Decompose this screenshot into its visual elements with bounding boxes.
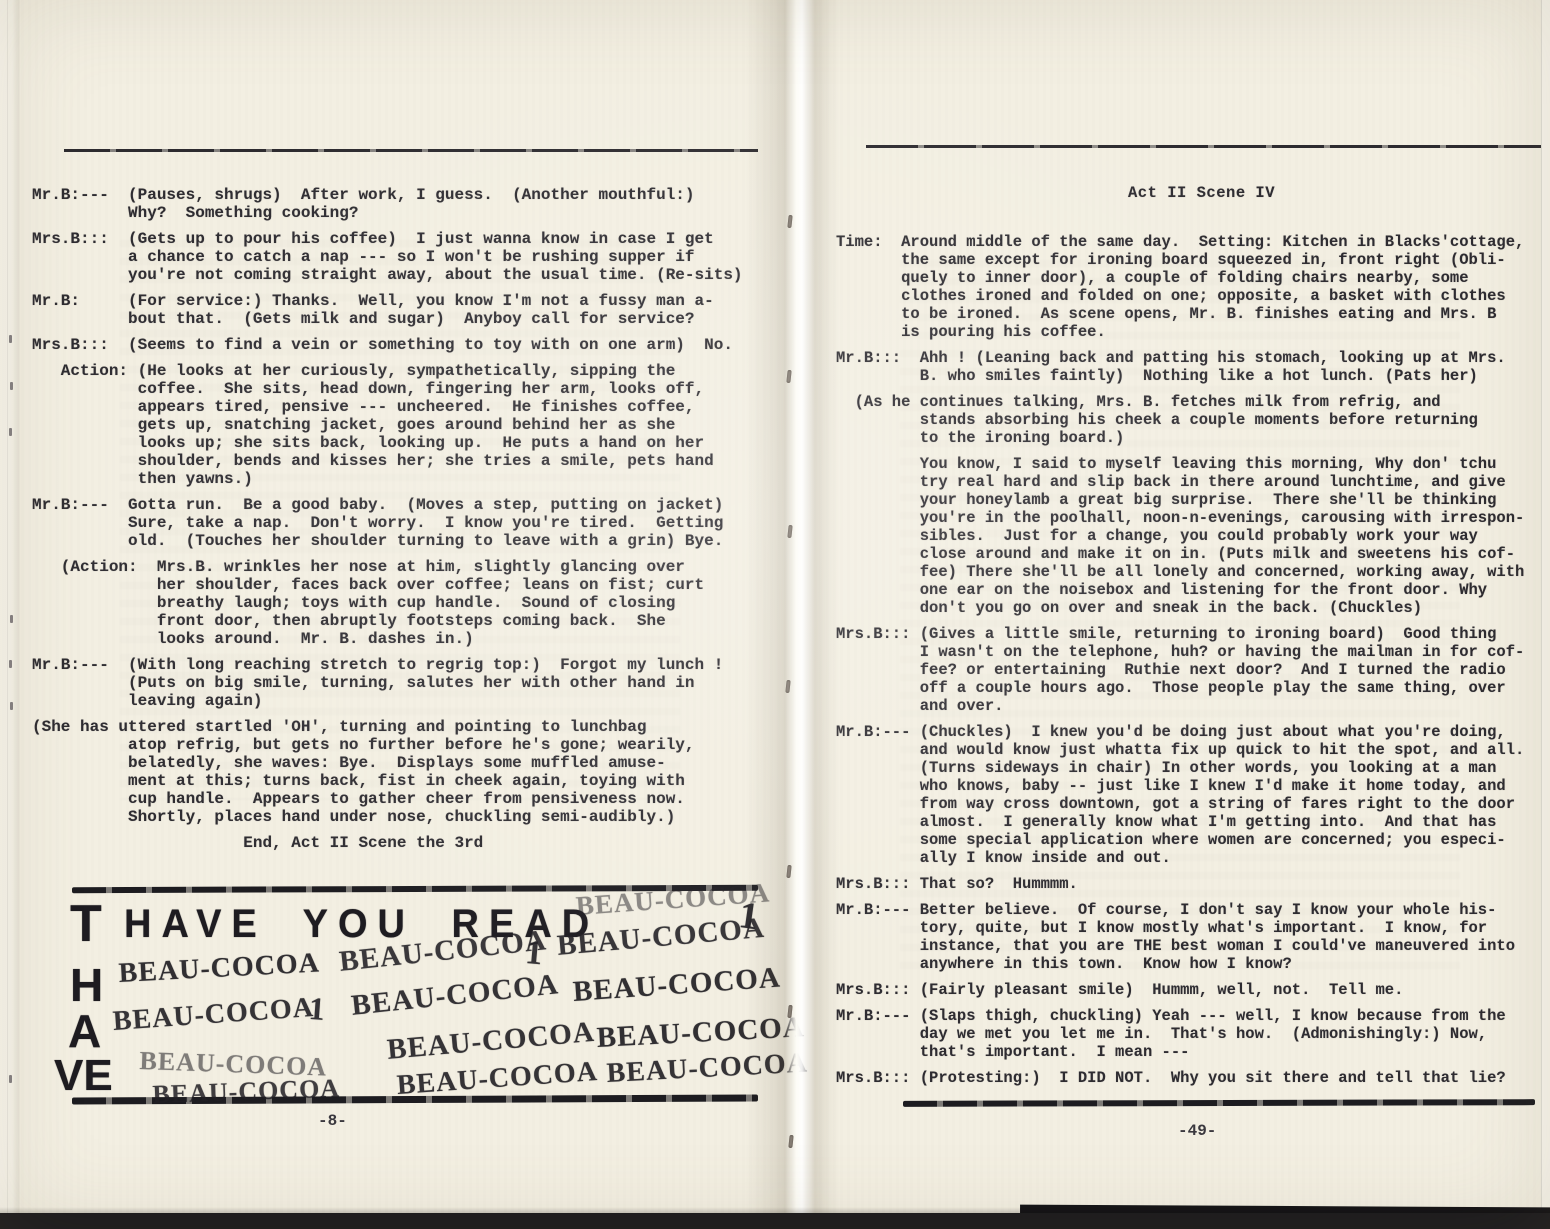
script-line: fee) There she'll be all lonely and conc…	[836, 563, 1546, 581]
script-line: Mr.B:--- (With long reaching stretch to …	[32, 656, 764, 674]
script-line: (Action: Mrs.B. wrinkles her nose at him…	[32, 558, 764, 576]
book-spread-photo: Mr.B:--- (Pauses, shrugs) After work, I …	[0, 0, 1550, 1229]
script-line: off a couple hours ago. Those people pla…	[836, 679, 1546, 697]
script-line: Mr.B:--- (Slaps thigh, chuckling) Yeah -…	[836, 1007, 1546, 1025]
script-line: front door, then abruptly footsteps comi…	[32, 612, 764, 630]
script-line: don't you go on over and sneak in the ba…	[836, 599, 1546, 617]
script-line: a chance to catch a nap --- so I won't b…	[32, 248, 764, 266]
script-line: Mr.B::: Ahh ! (Leaning back and patting …	[836, 349, 1546, 367]
script-line: instance, that you are THE best woman I …	[836, 937, 1546, 955]
paragraph: Mrs.B::: (Protesting:) I DID NOT. Why yo…	[836, 1069, 1546, 1087]
left-page-edge-line	[7, 0, 8, 1229]
script-line: then yawns.)	[32, 470, 764, 488]
script-line: some special application where women are…	[836, 831, 1546, 849]
beau-cocoa-stamp: BEAU-COCOA	[118, 949, 321, 987]
script-line: and would know just whatta fix up quick …	[836, 741, 1546, 759]
script-line: Mr.B:--- Better believe. Of course, I do…	[836, 901, 1546, 919]
script-line: to be ironed. As scene opens, Mr. B. fin…	[836, 305, 1546, 323]
script-line: stands absorbing his cheek a couple mome…	[836, 411, 1546, 429]
paragraph: Mr.B:--- (With long reaching stretch to …	[32, 656, 764, 710]
paragraph: (Action: Mrs.B. wrinkles her nose at him…	[32, 558, 764, 648]
script-line: you're not coming straight away, about t…	[32, 266, 764, 284]
script-line: (Puts on big smile, turning, salutes her…	[32, 674, 764, 692]
script-line: (As he continues talking, Mrs. B. fetche…	[836, 393, 1546, 411]
script-line: one ear on the noisebox and listening fo…	[836, 581, 1546, 599]
script-line: Sure, take a nap. Don't worry. I know yo…	[32, 514, 764, 532]
paragraph: Mr.B:--- (Chuckles) I knew you'd be doin…	[836, 723, 1546, 867]
beau-cocoa-stamp: BEAU-COCOA	[112, 994, 315, 1036]
table-surface	[0, 1213, 1550, 1229]
script-line: shoulder, bends and kisses her; she trie…	[32, 452, 764, 470]
script-line: Mrs.B::: (Seems to find a vein or someth…	[32, 336, 764, 354]
paragraph: Mr.B:--- Gotta run. Be a good baby. (Mov…	[32, 496, 764, 550]
script-line: (She has uttered startled 'OH', turning …	[32, 718, 764, 736]
script-line: (Turns sideways in chair) In other words…	[836, 759, 1546, 777]
edge-ink-mark	[10, 615, 13, 623]
paragraph: Mrs.B::: That so? Hummmm.	[836, 875, 1546, 893]
paragraph: Mrs.B::: (Gets up to pour his coffee) I …	[32, 230, 764, 284]
script-line: looks up; she sits back, looking up. He …	[32, 434, 764, 452]
left-page-script-text: Mr.B:--- (Pauses, shrugs) After work, I …	[32, 186, 764, 860]
script-line: Time: Around middle of the same day. Set…	[836, 233, 1546, 251]
paragraph: Mr.B: (For service:) Thanks. Well, you k…	[32, 292, 764, 328]
script-line: is pouring his coffee.	[836, 323, 1546, 341]
script-line: bout that. (Gets milk and sugar) Anyboy …	[32, 310, 764, 328]
script-line: leaving again)	[32, 692, 764, 710]
edge-ink-mark	[10, 382, 13, 390]
script-line: and over.	[836, 697, 1546, 715]
paragraph: (She has uttered startled 'OH', turning …	[32, 718, 764, 826]
script-line: almost. I generally know what I'm gettin…	[836, 813, 1546, 831]
script-line: Mr.B:--- Gotta run. Be a good baby. (Mov…	[32, 496, 764, 514]
script-line: Shortly, places hand under nose, chuckli…	[32, 808, 764, 826]
script-line: You know, I said to myself leaving this …	[836, 455, 1546, 473]
edge-ink-mark	[9, 335, 12, 343]
script-line: Mr.B: (For service:) Thanks. Well, you k…	[32, 292, 764, 310]
right-page-edge	[1541, 0, 1550, 1229]
paragraph: (As he continues talking, Mrs. B. fetche…	[836, 393, 1546, 447]
script-line: I wasn't on the telephone, huh? or havin…	[836, 643, 1546, 661]
script-line: fee? or entertaining Ruthie next door? A…	[836, 661, 1546, 679]
script-line: Mrs.B::: That so? Hummmm.	[836, 875, 1546, 893]
right-page-footer-rule	[903, 1099, 1535, 1107]
advert-letter-h: H	[70, 962, 103, 1008]
paragraph: You know, I said to myself leaving this …	[836, 455, 1546, 617]
script-line: Why? Something cooking?	[32, 204, 764, 222]
paragraph: Mr.B:--- Better believe. Of course, I do…	[836, 901, 1546, 973]
script-line: Mr.B:--- (Chuckles) I knew you'd be doin…	[836, 723, 1546, 741]
script-line: appears tired, pensive --- uncheered. He…	[32, 398, 764, 416]
script-line: clothes ironed and folded on one; opposi…	[836, 287, 1546, 305]
paragraph: Time: Around middle of the same day. Set…	[836, 233, 1546, 341]
edge-ink-mark	[9, 660, 12, 668]
binding-gutter	[745, 0, 840, 1229]
scene-heading: Act II Scene IV	[1128, 184, 1275, 202]
script-line: Action: (He looks at her curiously, symp…	[32, 362, 764, 380]
script-line: breathy laugh; toys with cup handle. Sou…	[32, 594, 764, 612]
script-line: try real hard and slip back in there aro…	[836, 473, 1546, 491]
script-line: gets up, snatching jacket, goes around b…	[32, 416, 764, 434]
script-line: day we met you let me in. That's how. (A…	[836, 1025, 1546, 1043]
script-line: quely to inner door), a couple of foldin…	[836, 269, 1546, 287]
script-line: Mrs.B::: (Gets up to pour his coffee) I …	[32, 230, 764, 248]
script-line: ment at this; turns back, fist in cheek …	[32, 772, 764, 790]
script-line: from way cross downtown, got a string of…	[836, 795, 1546, 813]
right-page-script-text: Time: Around middle of the same day. Set…	[836, 233, 1546, 1095]
script-line: to the ironing board.)	[836, 429, 1546, 447]
paragraph: Action: (He looks at her curiously, symp…	[32, 362, 764, 488]
paragraph: Mr.B:--- (Pauses, shrugs) After work, I …	[32, 186, 764, 222]
paragraph: Mrs.B::: (Gives a little smile, returnin…	[836, 625, 1546, 715]
beau-cocoa-stamp: BEAU-COCOA	[152, 1075, 340, 1108]
script-line: her shoulder, faces back over coffee; le…	[32, 576, 764, 594]
left-page-number: -8-	[318, 1112, 347, 1130]
script-line: old. (Touches her shoulder turning to le…	[32, 532, 764, 550]
advert-letters-ve: VE	[54, 1054, 113, 1098]
right-page-header-rule	[866, 145, 1542, 148]
script-line: atop refrig, but gets no further before …	[32, 736, 764, 754]
script-line: close around and make it on in. (Puts mi…	[836, 545, 1546, 563]
paragraph: Mr.B::: Ahh ! (Leaning back and patting …	[836, 349, 1546, 385]
edge-ink-mark	[9, 428, 12, 436]
script-line: belatedly, she waves: Bye. Displays some…	[32, 754, 764, 772]
stamp-numeral: 1	[308, 992, 327, 1025]
paragraph: Mrs.B::: (Seems to find a vein or someth…	[32, 336, 764, 354]
script-line: Mrs.B::: (Fairly pleasant smile) Hummm, …	[836, 981, 1546, 999]
beau-cocoa-stamp: BEAU-COCOA	[350, 970, 560, 1021]
advert-letter-a: A	[68, 1008, 101, 1054]
script-line: your honeylamb a great big surprise. The…	[836, 491, 1546, 509]
script-line: cup handle. Appears to gather cheer from…	[32, 790, 764, 808]
script-line: that's important. I mean ---	[836, 1043, 1546, 1061]
script-line: coffee. She sits, head down, fingering h…	[32, 380, 764, 398]
paragraph: End, Act II Scene the 3rd	[32, 834, 764, 852]
script-line: sibles. Just for a change, you could pro…	[836, 527, 1546, 545]
script-line: ally I know inside and out.	[836, 849, 1546, 867]
script-line: who knows, baby -- just like I knew I'd …	[836, 777, 1546, 795]
script-line: anywhere in this town. Know how I know?	[836, 955, 1546, 973]
script-line: Mrs.B::: (Protesting:) I DID NOT. Why yo…	[836, 1069, 1546, 1087]
script-line: Mrs.B::: (Gives a little smile, returnin…	[836, 625, 1546, 643]
right-page-number: -49-	[1178, 1122, 1216, 1140]
script-line: looks around. Mr. B. dashes in.)	[32, 630, 764, 648]
edge-ink-mark	[9, 1075, 12, 1083]
left-page-header-rule	[64, 149, 758, 152]
script-line: B. who smiles faintly) Nothing like a ho…	[836, 367, 1546, 385]
stamp-numeral: 1	[524, 936, 545, 971]
beau-cocoa-stamp: BEAU-COCOA	[396, 1058, 599, 1100]
script-line: End, Act II Scene the 3rd	[32, 834, 764, 852]
edge-ink-mark	[10, 702, 13, 710]
script-line: tory, quite, but I know mostly what's im…	[836, 919, 1546, 937]
advert-letter-t: T	[70, 898, 102, 950]
script-line: you're in the poolhall, noon-n-evenings,…	[836, 509, 1546, 527]
paragraph: Mrs.B::: (Fairly pleasant smile) Hummm, …	[836, 981, 1546, 999]
script-line: the same except for ironing board squeez…	[836, 251, 1546, 269]
paragraph: Mr.B:--- (Slaps thigh, chuckling) Yeah -…	[836, 1007, 1546, 1061]
script-line: Mr.B:--- (Pauses, shrugs) After work, I …	[32, 186, 764, 204]
